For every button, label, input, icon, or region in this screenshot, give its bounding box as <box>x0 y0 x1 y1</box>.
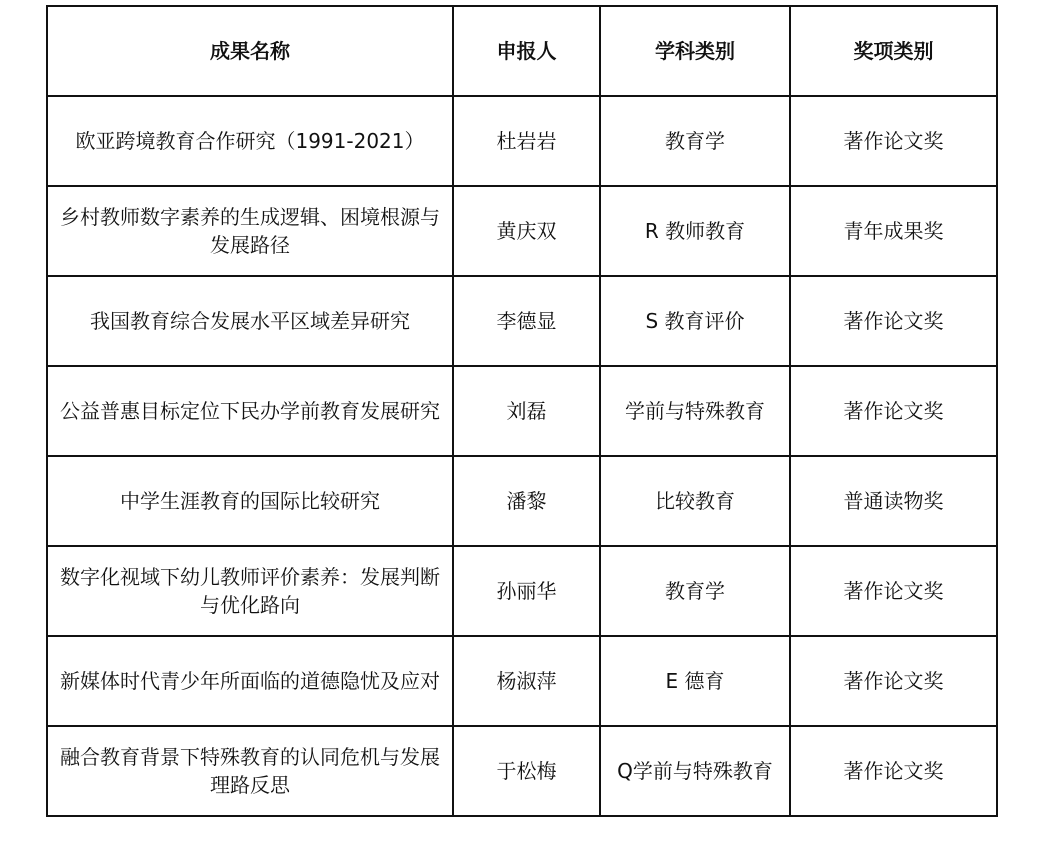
cell-title: 公益普惠目标定位下民办学前教育发展研究 <box>47 366 453 456</box>
cell-applicant: 黄庆双 <box>453 186 600 276</box>
cell-award: 著作论文奖 <box>790 276 997 366</box>
cell-applicant: 潘黎 <box>453 456 600 546</box>
header-title: 成果名称 <box>47 6 453 96</box>
cell-applicant: 杨淑萍 <box>453 636 600 726</box>
table-row: 数字化视域下幼儿教师评价素养：发展判断与优化路向 孙丽华 教育学 著作论文奖 <box>47 546 997 636</box>
cell-discipline: 教育学 <box>600 546 790 636</box>
cell-discipline: 学前与特殊教育 <box>600 366 790 456</box>
cell-discipline: 教育学 <box>600 96 790 186</box>
cell-discipline: E 德育 <box>600 636 790 726</box>
cell-discipline: 比较教育 <box>600 456 790 546</box>
table-row: 欧亚跨境教育合作研究（1991-2021） 杜岩岩 教育学 著作论文奖 <box>47 96 997 186</box>
cell-discipline: R 教师教育 <box>600 186 790 276</box>
cell-applicant: 孙丽华 <box>453 546 600 636</box>
header-row: 成果名称 申报人 学科类别 奖项类别 <box>47 6 997 96</box>
header-discipline: 学科类别 <box>600 6 790 96</box>
cell-award: 著作论文奖 <box>790 726 997 816</box>
header-award: 奖项类别 <box>790 6 997 96</box>
cell-discipline: S 教育评价 <box>600 276 790 366</box>
table-row: 公益普惠目标定位下民办学前教育发展研究 刘磊 学前与特殊教育 著作论文奖 <box>47 366 997 456</box>
cell-award: 著作论文奖 <box>790 636 997 726</box>
cell-title: 数字化视域下幼儿教师评价素养：发展判断与优化路向 <box>47 546 453 636</box>
cell-title: 融合教育背景下特殊教育的认同危机与发展理路反思 <box>47 726 453 816</box>
cell-title: 我国教育综合发展水平区域差异研究 <box>47 276 453 366</box>
table-row: 我国教育综合发展水平区域差异研究 李德显 S 教育评价 著作论文奖 <box>47 276 997 366</box>
cell-award: 普通读物奖 <box>790 456 997 546</box>
table-row: 融合教育背景下特殊教育的认同危机与发展理路反思 于松梅 Q学前与特殊教育 著作论… <box>47 726 997 816</box>
header-applicant: 申报人 <box>453 6 600 96</box>
awards-table: 成果名称 申报人 学科类别 奖项类别 欧亚跨境教育合作研究（1991-2021）… <box>46 5 998 817</box>
cell-applicant: 于松梅 <box>453 726 600 816</box>
cell-applicant: 杜岩岩 <box>453 96 600 186</box>
cell-applicant: 李德显 <box>453 276 600 366</box>
cell-award: 著作论文奖 <box>790 546 997 636</box>
cell-discipline: Q学前与特殊教育 <box>600 726 790 816</box>
cell-award: 青年成果奖 <box>790 186 997 276</box>
table-row: 中学生涯教育的国际比较研究 潘黎 比较教育 普通读物奖 <box>47 456 997 546</box>
table-row: 乡村教师数字素养的生成逻辑、困境根源与发展路径 黄庆双 R 教师教育 青年成果奖 <box>47 186 997 276</box>
cell-title: 中学生涯教育的国际比较研究 <box>47 456 453 546</box>
cell-award: 著作论文奖 <box>790 366 997 456</box>
cell-title: 欧亚跨境教育合作研究（1991-2021） <box>47 96 453 186</box>
cell-title: 新媒体时代青少年所面临的道德隐忧及应对 <box>47 636 453 726</box>
cell-award: 著作论文奖 <box>790 96 997 186</box>
table-row: 新媒体时代青少年所面临的道德隐忧及应对 杨淑萍 E 德育 著作论文奖 <box>47 636 997 726</box>
cell-applicant: 刘磊 <box>453 366 600 456</box>
cell-title: 乡村教师数字素养的生成逻辑、困境根源与发展路径 <box>47 186 453 276</box>
